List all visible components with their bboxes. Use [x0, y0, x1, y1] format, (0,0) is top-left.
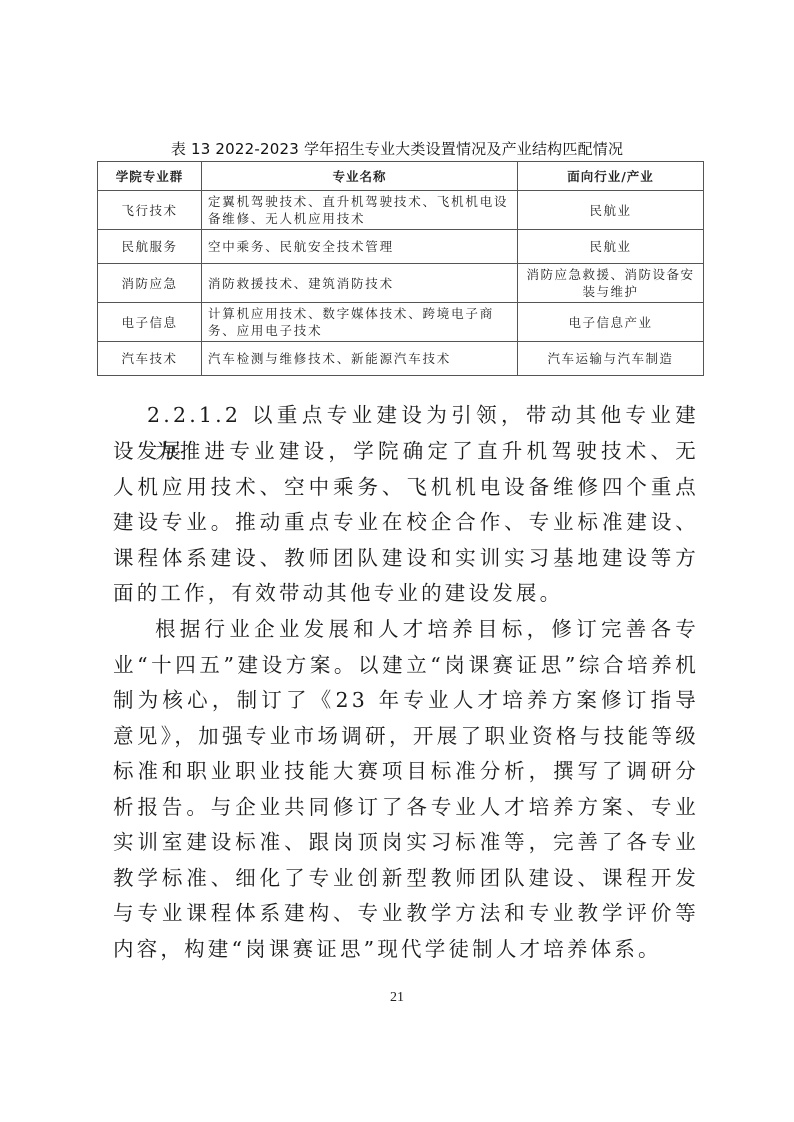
cell-group: 汽车技术	[98, 342, 202, 376]
cell-majors: 汽车检测与维修技术、新能源汽车技术	[202, 342, 518, 376]
cell-majors: 空中乘务、民航安全技术管理	[202, 230, 518, 264]
cell-group: 电子信息	[98, 303, 202, 342]
header-industry: 面向行业/产业	[518, 162, 704, 191]
cell-industry: 民航业	[518, 191, 704, 230]
cell-industry: 消防应急救援、消防设备安装与维护	[518, 264, 704, 303]
table-row: 电子信息 计算机应用技术、数字媒体技术、跨境电子商务、应用电子技术 电子信息产业	[98, 303, 704, 342]
paragraph: 为推进专业建设，学院确定了直升机驾驶技术、无人机应用技术、空中乘务、飞机机电设备…	[113, 434, 699, 612]
header-majors: 专业名称	[202, 162, 518, 191]
cell-group: 民航服务	[98, 230, 202, 264]
cell-industry: 民航业	[518, 230, 704, 264]
table-header-row: 学院专业群 专业名称 面向行业/产业	[98, 162, 704, 191]
cell-industry: 电子信息产业	[518, 303, 704, 342]
cell-industry: 汽车运输与汽车制造	[518, 342, 704, 376]
cell-majors: 计算机应用技术、数字媒体技术、跨境电子商务、应用电子技术	[202, 303, 518, 342]
major-industry-table: 学院专业群 专业名称 面向行业/产业 飞行技术 定翼机驾驶技术、直升机驾驶技术、…	[97, 161, 704, 376]
table-row: 民航服务 空中乘务、民航安全技术管理 民航业	[98, 230, 704, 264]
paragraph: 根据行业企业发展和人才培养目标，修订完善各专业“十四五”建设方案。以建立“岗课赛…	[113, 612, 699, 967]
cell-majors: 定翼机驾驶技术、直升机驾驶技术、飞机机电设备维修、无人机应用技术	[202, 191, 518, 230]
table-caption: 表 13 2022-2023 学年招生专业大类设置情况及产业结构匹配情况	[0, 138, 794, 159]
table-row: 汽车技术 汽车检测与维修技术、新能源汽车技术 汽车运输与汽车制造	[98, 342, 704, 376]
paragraph-block-2: 根据行业企业发展和人才培养目标，修订完善各专业“十四五”建设方案。以建立“岗课赛…	[113, 612, 699, 967]
cell-group: 消防应急	[98, 264, 202, 303]
page-number: 21	[0, 990, 794, 1006]
table-row: 消防应急 消防救援技术、建筑消防技术 消防应急救援、消防设备安装与维护	[98, 264, 704, 303]
cell-majors: 消防救援技术、建筑消防技术	[202, 264, 518, 303]
header-group: 学院专业群	[98, 162, 202, 191]
table-row: 飞行技术 定翼机驾驶技术、直升机驾驶技术、飞机机电设备维修、无人机应用技术 民航…	[98, 191, 704, 230]
paragraph-block-1: 为推进专业建设，学院确定了直升机驾驶技术、无人机应用技术、空中乘务、飞机机电设备…	[113, 434, 699, 612]
cell-group: 飞行技术	[98, 191, 202, 230]
